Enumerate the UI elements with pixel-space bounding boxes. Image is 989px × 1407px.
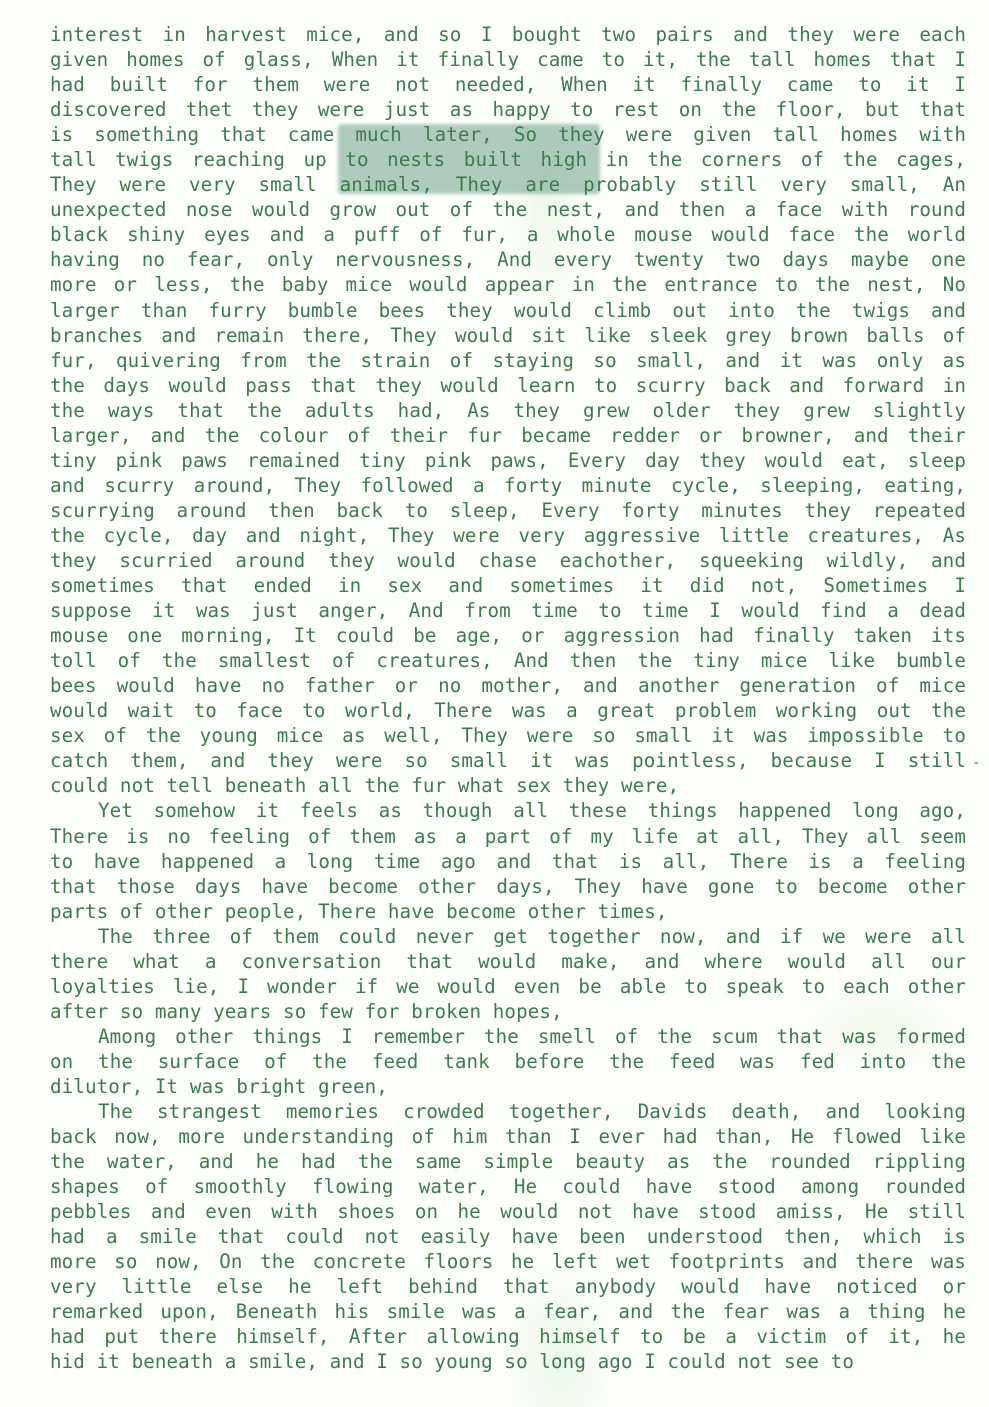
text-line: the cycle, day and night, They were very…	[50, 523, 966, 548]
text-line: that those days have become other days, …	[50, 874, 966, 899]
text-line: could not tell beneath all the fur what …	[50, 773, 966, 798]
margin-mark: -	[972, 755, 980, 771]
paragraph-first-line: The three of them could never get togeth…	[50, 924, 966, 949]
text-line: larger than furry bumble bees they would…	[50, 298, 966, 323]
text-line: parts of other people, There have become…	[50, 899, 966, 924]
text-line: shapes of smoothly flowing water, He cou…	[50, 1174, 966, 1199]
text-line: pebbles and even with shoes on he would …	[50, 1199, 966, 1224]
document-body: interest in harvest mice, and so I bough…	[50, 22, 966, 1375]
text-line: had put there himself, After allowing hi…	[50, 1324, 966, 1349]
text-line: is something that came much later, So th…	[50, 122, 966, 147]
text-line: black shiny eyes and a puff of fur, a wh…	[50, 222, 966, 247]
text-line: suppose it was just anger, And from time…	[50, 598, 966, 623]
text-line: discovered thet they were just as happy …	[50, 97, 966, 122]
text-line: to have happened a long time ago and tha…	[50, 849, 966, 874]
text-line: dilutor, It was bright green,	[50, 1074, 966, 1099]
text-line: there what a conversation that would mak…	[50, 949, 966, 974]
text-line: sometimes that ended in sex and sometime…	[50, 573, 966, 598]
text-line: having no fear, only nervousness, And ev…	[50, 247, 966, 272]
text-line: and scurry around, They followed a forty…	[50, 473, 966, 498]
scanned-page: interest in harvest mice, and so I bough…	[0, 0, 989, 1407]
text-line: tall twigs reaching up to nests built hi…	[50, 147, 966, 172]
text-line: tiny pink paws remained tiny pink paws, …	[50, 448, 966, 473]
text-line: the water, and he had the same simple be…	[50, 1149, 966, 1174]
text-line: on the surface of the feed tank before t…	[50, 1049, 966, 1074]
text-line: They were very small animals, They are p…	[50, 172, 966, 197]
text-line: hid it beneath a smile, and I so young s…	[50, 1349, 966, 1374]
text-line: very little else he left behind that any…	[50, 1274, 966, 1299]
text-line: had built for them were not needed, When…	[50, 72, 966, 97]
paragraph-first-line: Among other things I remember the smell …	[50, 1024, 966, 1049]
text-line: back now, more understanding of him than…	[50, 1124, 966, 1149]
text-line: larger, and the colour of their fur beca…	[50, 423, 966, 448]
text-line: the days would pass that they would lear…	[50, 373, 966, 398]
text-line: loyalties lie, I wonder if we would even…	[50, 974, 966, 999]
paragraph-first-line: The strangest memories crowded together,…	[50, 1099, 966, 1124]
text-line: had a smile that could not easily have b…	[50, 1224, 966, 1249]
text-line: toll of the smallest of creatures, And t…	[50, 648, 966, 673]
text-line: sex of the young mice as well, They were…	[50, 723, 966, 748]
text-line: would wait to face to world, There was a…	[50, 698, 966, 723]
text-line: they scurried around they would chase ea…	[50, 548, 966, 573]
text-line: unexpected nose would grow out of the ne…	[50, 197, 966, 222]
text-line: remarked upon, Beneath his smile was a f…	[50, 1299, 966, 1324]
text-line: interest in harvest mice, and so I bough…	[50, 22, 966, 47]
text-line: fur, quivering from the strain of stayin…	[50, 348, 966, 373]
text-line: more or less, the baby mice would appear…	[50, 272, 966, 297]
text-line: bees would have no father or no mother, …	[50, 673, 966, 698]
paragraph-first-line: Yet somehow it feels as though all these…	[50, 798, 966, 823]
text-line: after so many years so few for broken ho…	[50, 999, 966, 1024]
text-line: given homes of glass, When it finally ca…	[50, 47, 966, 72]
text-line: branches and remain there, They would si…	[50, 323, 966, 348]
text-line: catch them, and they were so small it wa…	[50, 748, 966, 773]
text-line: There is no feeling of them as a part of…	[50, 824, 966, 849]
text-line: mouse one morning, It could be age, or a…	[50, 623, 966, 648]
text-line: more so now, On the concrete floors he l…	[50, 1249, 966, 1274]
text-line: scurrying around then back to sleep, Eve…	[50, 498, 966, 523]
text-line: the ways that the adults had, As they gr…	[50, 398, 966, 423]
